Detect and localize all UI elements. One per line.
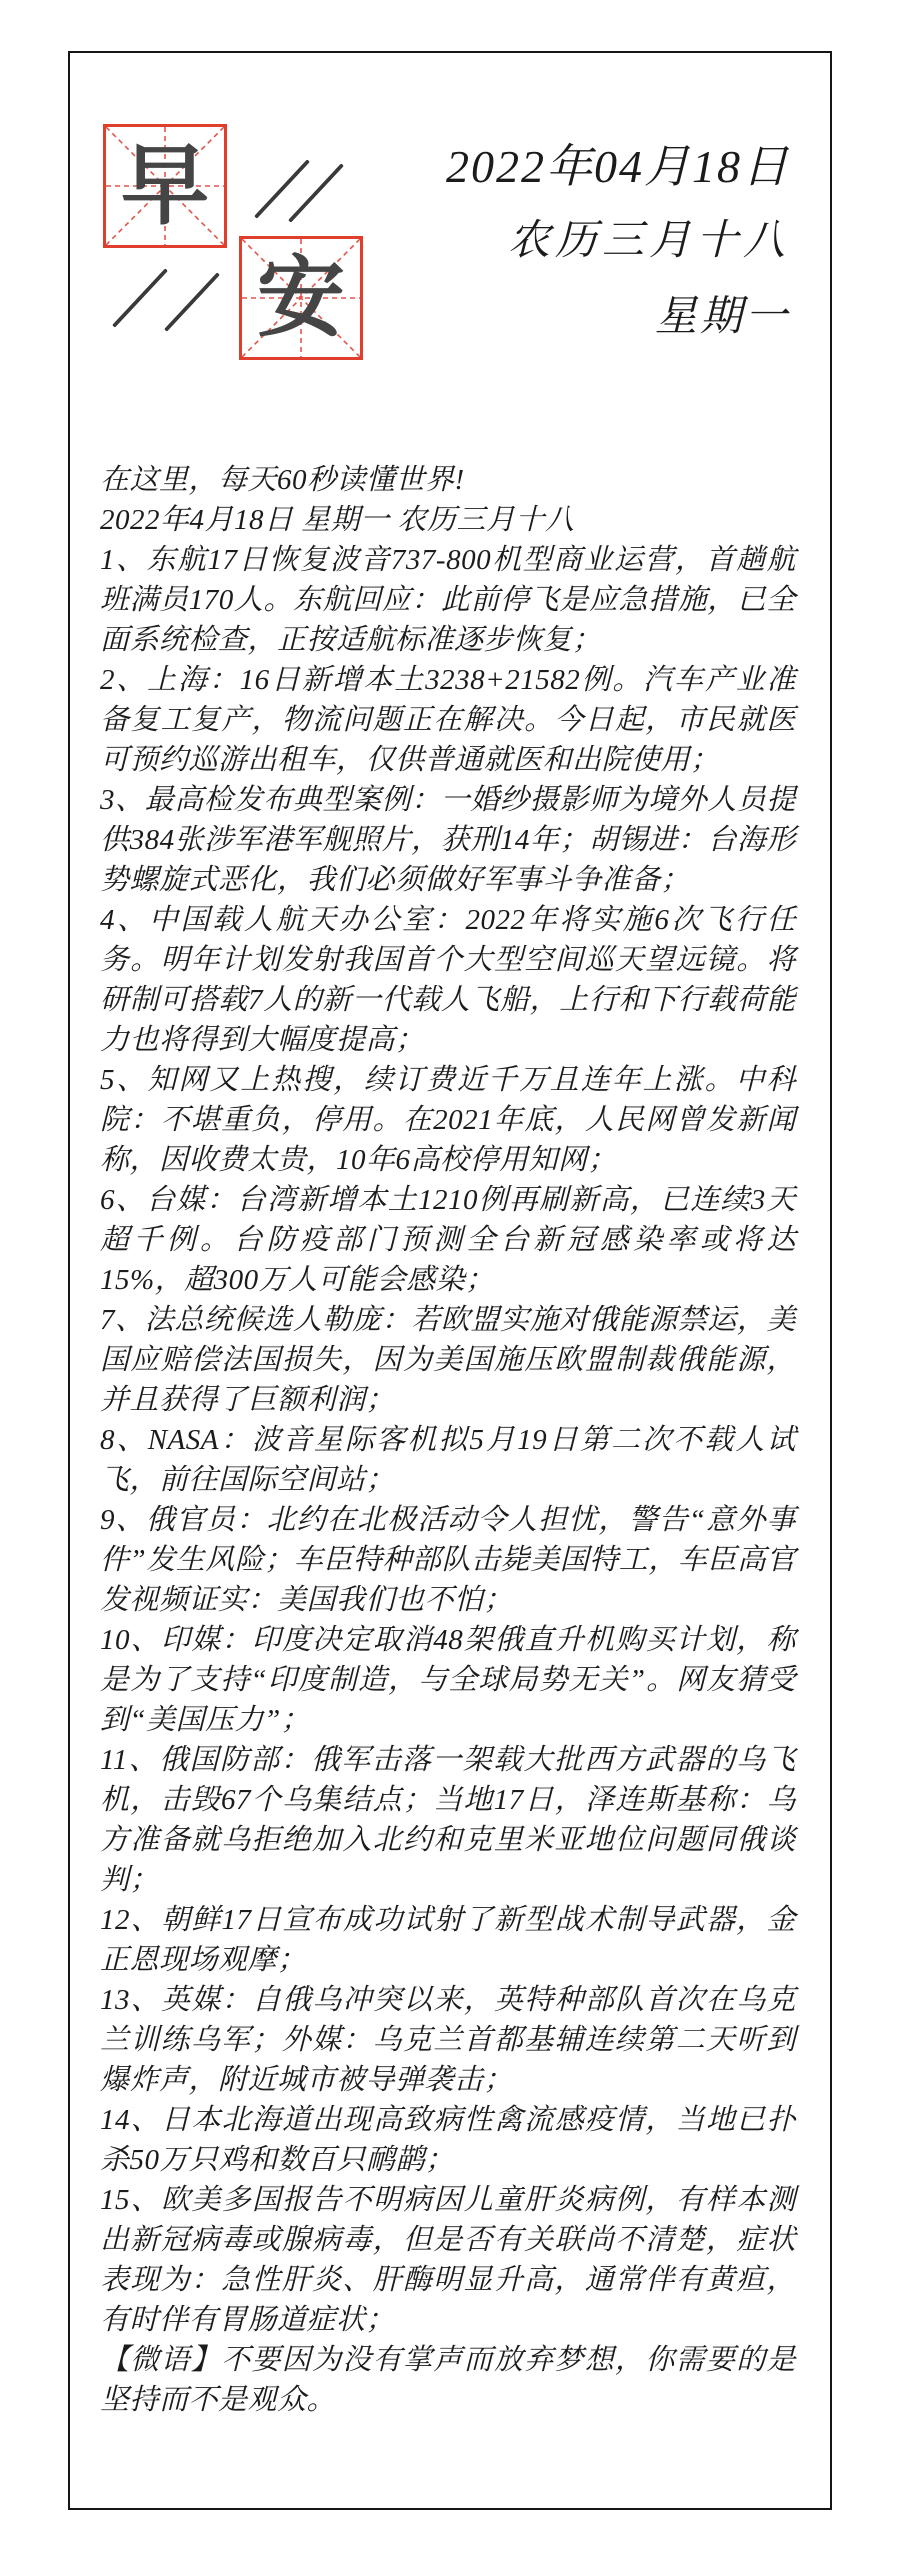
logo-char-box-zao: 早: [103, 124, 227, 248]
date-weekday: 星期一: [400, 292, 790, 342]
news-item-11: 11、俄国防部：俄军击落一架载大批西方武器的乌飞机，击毁67个乌集结点；当地17…: [100, 1740, 796, 1900]
weiyu-quote: 【微语】不要因为没有掌声而放弃梦想，你需要的是坚持而不是观众。: [100, 2340, 796, 2420]
date-gregorian: 2022年04月18日: [400, 140, 790, 194]
intro-date-line: 2022年4月18日 星期一 农历三月十八: [100, 500, 796, 540]
news-item-8: 8、NASA：波音星际客机拟5月19日第二次不载人试飞，前往国际空间站；: [100, 1420, 796, 1500]
news-item-12: 12、朝鲜17日宣布成功试射了新型战术制导武器，金正恩现场观摩；: [100, 1900, 796, 1980]
news-item-6: 6、台媒：台湾新增本土1210例再刷新高，已连续3天超千例。台防疫部门预测全台新…: [100, 1180, 796, 1300]
date-lunar: 农历三月十八: [400, 216, 790, 266]
news-item-9: 9、俄官员：北约在北极活动令人担忧，警告“意外事件”发生风险；车臣特种部队击毙美…: [100, 1500, 796, 1620]
news-item-3: 3、最高检发布典型案例：一婚纱摄影师为境外人员提供384张涉军港军舰照片，获刑1…: [100, 780, 796, 900]
news-item-15: 15、欧美多国报告不明病因儿童肝炎病例，有样本测出新冠病毒或腺病毒，但是否有关联…: [100, 2180, 796, 2340]
logo-char-box-an: 安: [239, 236, 363, 360]
date-block: 2022年04月18日 农历三月十八 星期一: [400, 140, 790, 342]
news-item-1: 1、东航17日恢复波音737-800机型商业运营，首趟航班满员170人。东航回应…: [100, 540, 796, 660]
logo-char-an: 安: [257, 254, 345, 342]
news-item-5: 5、知网又上热搜，续订费近千万且连年上涨。中科院：不堪重负，停用。在2021年底…: [100, 1060, 796, 1180]
news-item-2: 2、上海：16日新增本土3238+21582例。汽车产业准备复工复产，物流问题正…: [100, 660, 796, 780]
news-item-14: 14、日本北海道出现高致病性禽流感疫情，当地已扑杀50万只鸡和数百只鸸鹋；: [100, 2100, 796, 2180]
intro-slogan: 在这里，每天60秒读懂世界!: [100, 460, 796, 500]
news-item-4: 4、中国载人航天办公室：2022年将实施6次飞行任务。明年计划发射我国首个大型空…: [100, 900, 796, 1060]
news-content: 在这里，每天60秒读懂世界! 2022年4月18日 星期一 农历三月十八 1、东…: [100, 460, 796, 2420]
morning-news-poster: 早 安 2022年04月18日 农历三月十八 星期一 在这里，每天60秒读懂世界…: [0, 0, 900, 2560]
news-item-10: 10、印媒：印度决定取消48架俄直升机购买计划，称是为了支持“印度制造，与全球局…: [100, 1620, 796, 1740]
news-item-7: 7、法总统候选人勒庞：若欧盟实施对俄能源禁运，美国应赔偿法国损失，因为美国施压欧…: [100, 1300, 796, 1420]
news-item-13: 13、英媒：自俄乌冲突以来，英特种部队首次在乌克兰训练乌军；外媒：乌克兰首都基辅…: [100, 1980, 796, 2100]
logo-char-zao: 早: [121, 142, 209, 230]
